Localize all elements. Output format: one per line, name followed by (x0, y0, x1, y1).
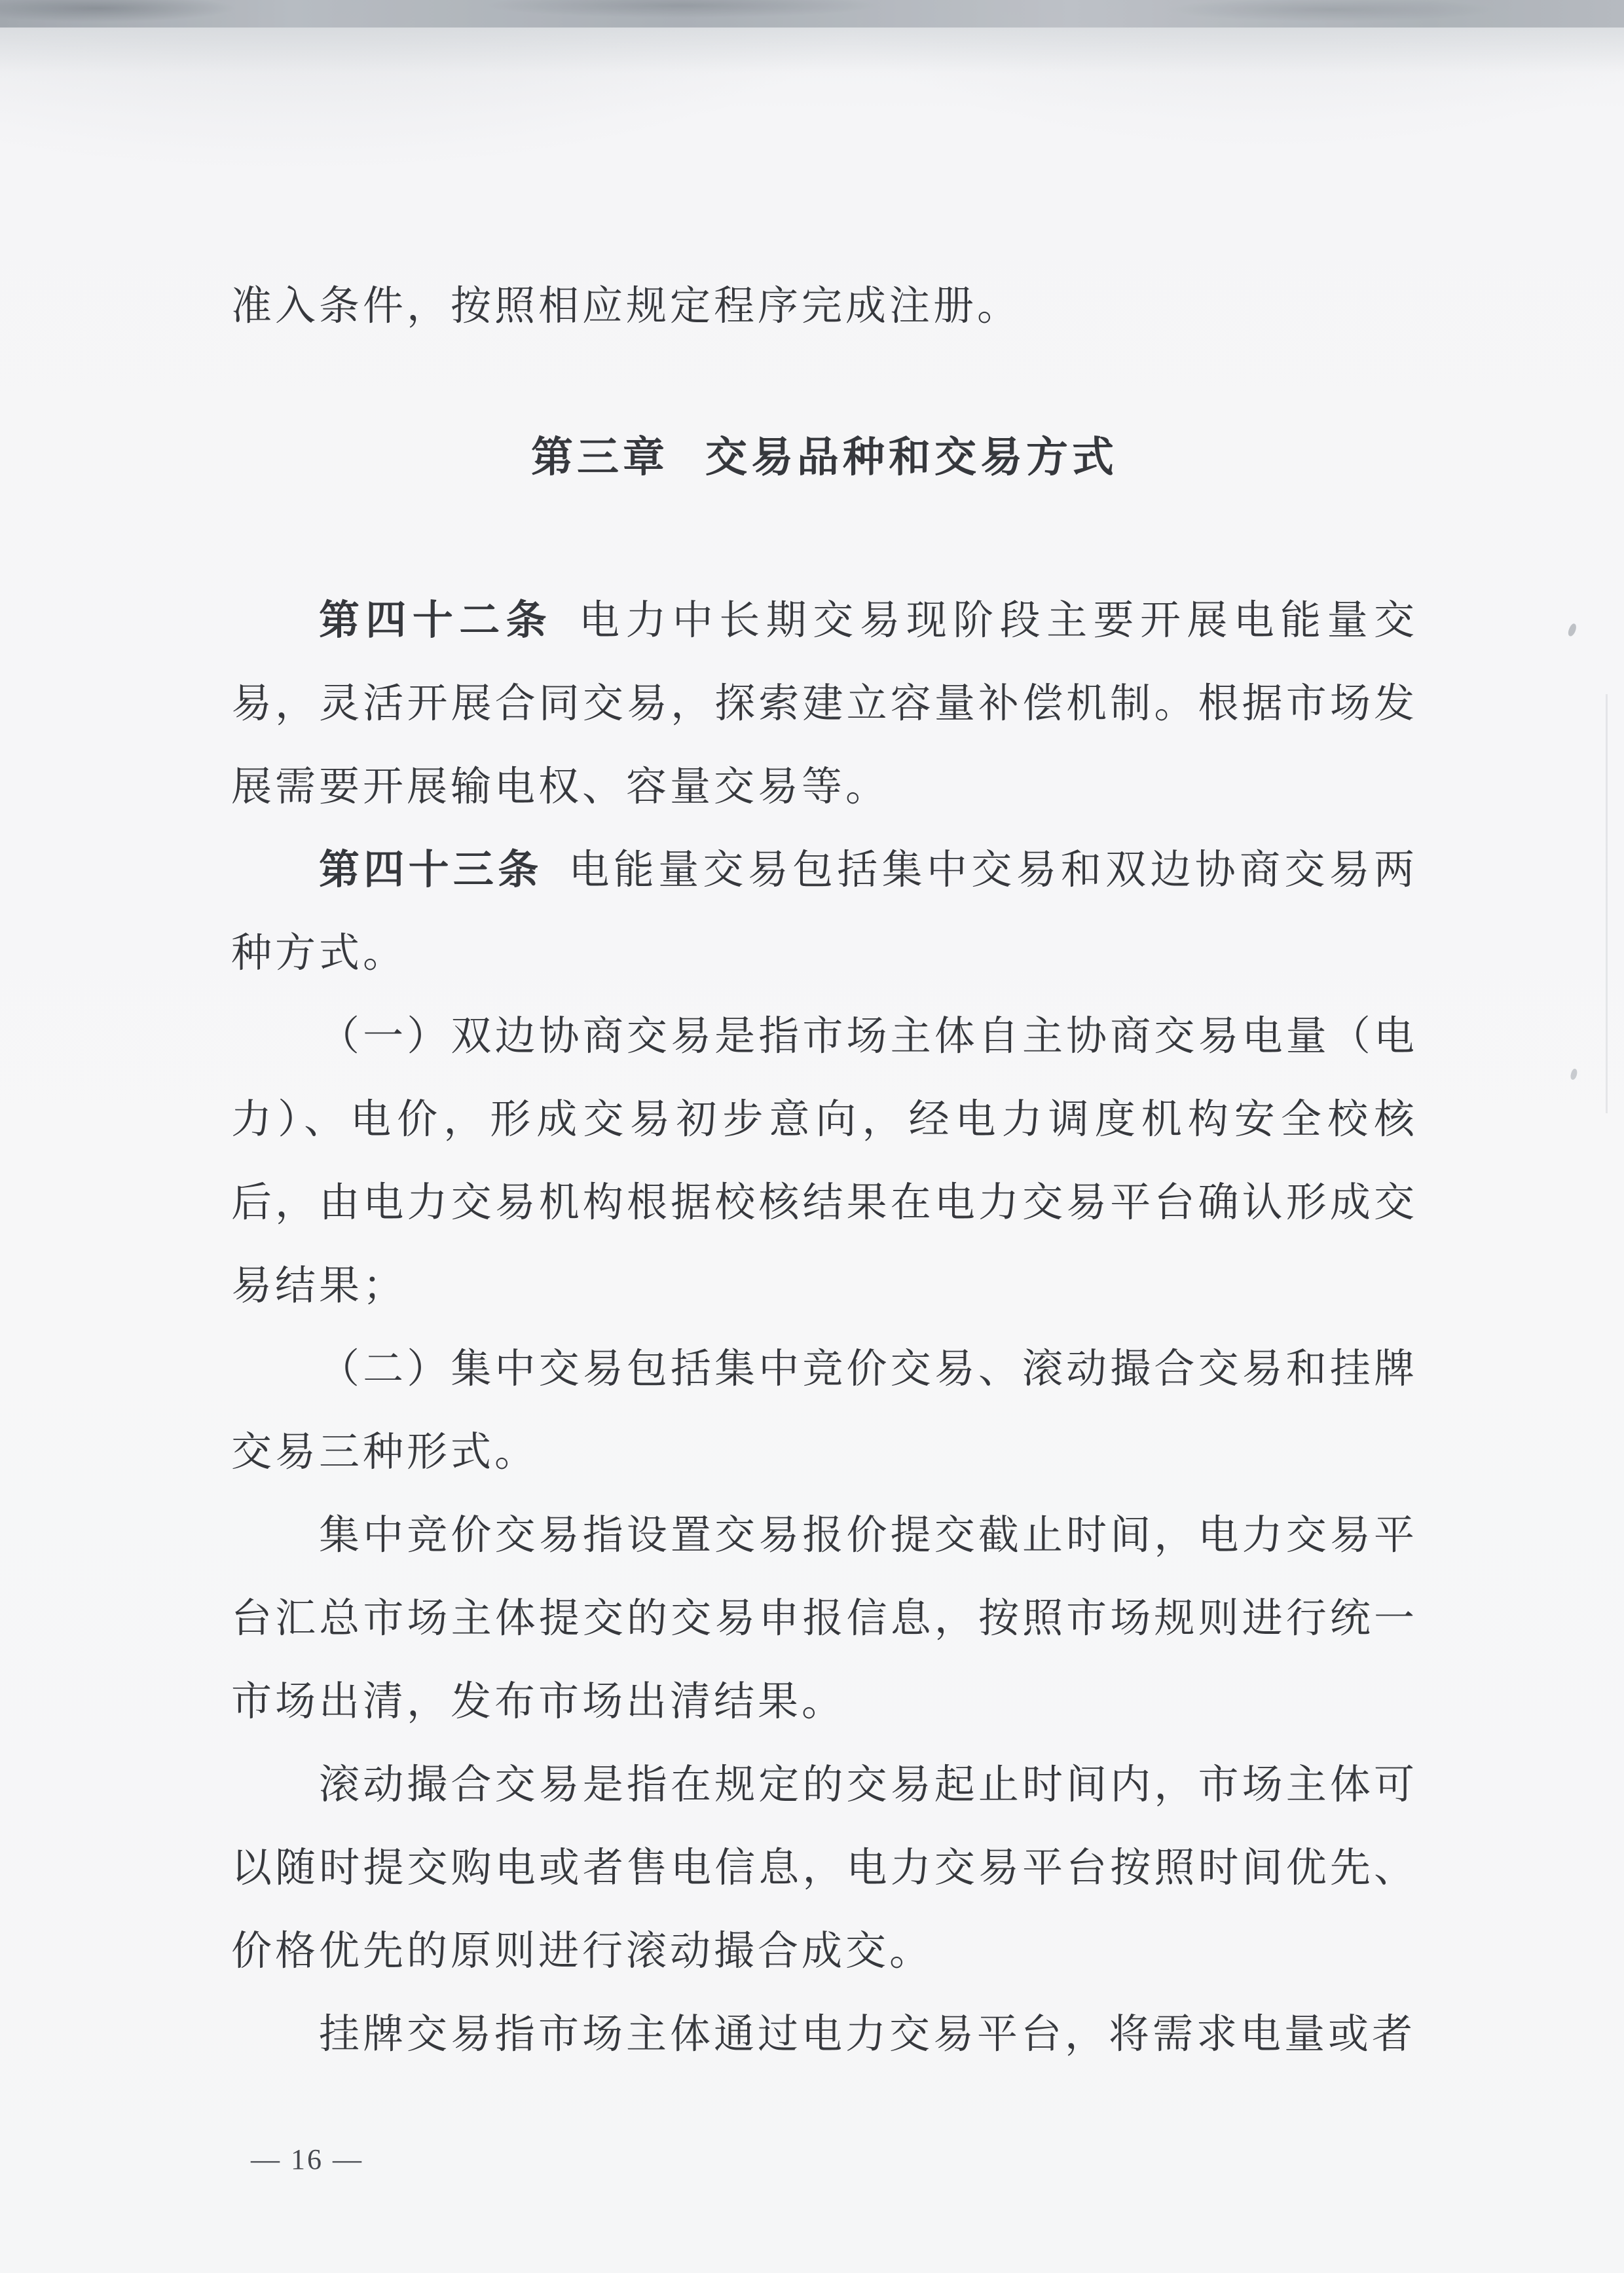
scan-speck (1570, 1068, 1579, 1081)
chapter-title: 交易品种和交易方式 (705, 434, 1118, 481)
continuation-paragraph: 准入条件，按照相应规定程序完成注册。 (231, 265, 1418, 348)
scan-edge-line (1606, 694, 1608, 1113)
scanned-document-page: 准入条件，按照相应规定程序完成注册。 第三章交易品种和交易方式 第四十二条电力中… (0, 0, 1624, 2273)
page-number: — 16 — (251, 2143, 363, 2176)
rolling-matching-paragraph: 滚动撮合交易是指在规定的交易起止时间内，市场主体可以随时提交购电或者售电信息，电… (231, 1744, 1418, 1993)
document-body: 准入条件，按照相应规定程序完成注册。 第三章交易品种和交易方式 第四十二条电力中… (231, 0, 1418, 2077)
centralized-bidding-paragraph: 集中竞价交易指设置交易报价提交截止时间，电力交易平台汇总市场主体提交的交易申报信… (231, 1494, 1418, 1744)
article-43-paragraph: 第四十三条电能量交易包括集中交易和双边协商交易两种方式。 (231, 829, 1418, 995)
article-43-number: 第四十三条 (319, 848, 543, 893)
article-42-number: 第四十二条 (319, 599, 553, 643)
scan-speck (1566, 623, 1578, 637)
item-2-paragraph: （二）集中交易包括集中竞价交易、滚动撮合交易和挂牌交易三种形式。 (231, 1328, 1418, 1494)
article-42-paragraph: 第四十二条电力中长期交易现阶段主要开展电能量交易，灵活开展合同交易，探索建立容量… (231, 580, 1418, 829)
chapter-number: 第三章 (531, 434, 669, 481)
listing-trade-paragraph: 挂牌交易指市场主体通过电力交易平台，将需求电量或者 (231, 1993, 1418, 2077)
chapter-heading: 第三章交易品种和交易方式 (231, 416, 1418, 499)
item-1-paragraph: （一）双边协商交易是指市场主体自主协商交易电量（电力）、电价，形成交易初步意向，… (231, 995, 1418, 1328)
